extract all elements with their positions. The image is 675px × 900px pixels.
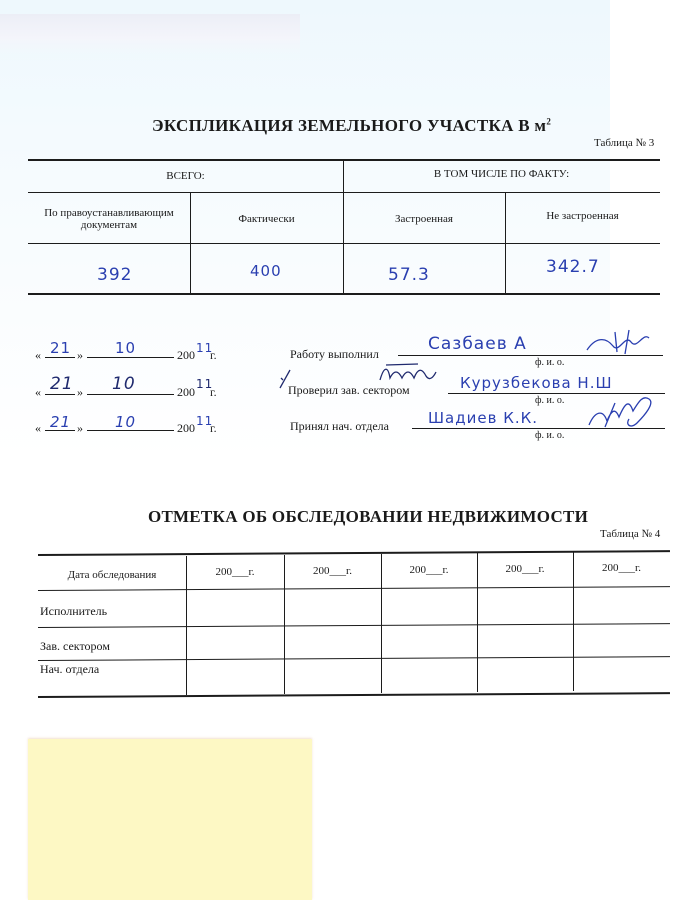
- row-executor: Исполнитель: [40, 604, 107, 619]
- folded-edge: [0, 14, 300, 54]
- date-month: 10: [112, 374, 136, 394]
- table-border: [38, 656, 670, 661]
- table-border: [38, 623, 670, 628]
- table-border: [28, 293, 660, 295]
- role-performed: Работу выполнил: [290, 347, 379, 362]
- sticky-note: [28, 739, 312, 900]
- col-unbuilt: Не застроенная: [505, 210, 660, 222]
- explication-title-text: ЭКСПЛИКАЦИЯ ЗЕМЕЛЬНОГО УЧАСТКА В м: [152, 116, 546, 135]
- table-number-3: Таблица № 3: [594, 137, 654, 149]
- value-unbuilt: 342.7: [546, 257, 600, 277]
- superscript: 2: [546, 116, 551, 126]
- fio-label: ф. и. о.: [535, 357, 564, 368]
- underline: [87, 357, 174, 358]
- acceptor-name: Шадиев К.К.: [428, 409, 538, 427]
- table-border: [38, 692, 670, 698]
- page-margin: [610, 0, 675, 900]
- header-fact: В ТОМ ЧИСЛЕ ПО ФАКТУ:: [343, 168, 660, 180]
- underline: [87, 394, 174, 395]
- table-border: [38, 586, 670, 591]
- inspection-title: ОТМЕТКА ОБ ОБСЛЕДОВАНИИ НЕДВИЖИМОСТИ: [148, 507, 588, 527]
- row-sector-head: Зав. сектором: [40, 639, 110, 654]
- year-column-1: 200___г.: [186, 566, 284, 578]
- value-built: 57.3: [388, 265, 430, 285]
- explication-title: ЭКСПЛИКАЦИЯ ЗЕМЕЛЬНОГО УЧАСТКА В м2: [152, 116, 551, 136]
- year-unit: г.: [210, 385, 217, 400]
- underline: [45, 394, 75, 395]
- value-legal-docs: 392: [97, 265, 132, 285]
- fio-label: ф. и. о.: [535, 395, 564, 406]
- value-actual: 400: [250, 262, 282, 280]
- date-day: 21: [50, 413, 71, 431]
- header-inspection-date: Дата обследования: [38, 569, 186, 581]
- date-open-quote: «: [35, 348, 41, 363]
- table-border: [28, 192, 660, 193]
- signature-icon: [585, 328, 655, 358]
- date-day: 21: [50, 339, 71, 357]
- date-month: 10: [115, 339, 136, 357]
- performer-name: Сазбаев А: [428, 334, 527, 354]
- year-column-5: 200___г.: [573, 562, 670, 574]
- fio-label: ф. и. о.: [535, 430, 564, 441]
- table-border: [28, 243, 660, 244]
- row-department-head: Нач. отдела: [40, 662, 99, 677]
- year-prefix: 200: [177, 385, 195, 400]
- year-prefix: 200: [177, 348, 195, 363]
- col-built: Застроенная: [343, 213, 505, 225]
- table-border: [38, 550, 670, 556]
- date-open-quote: «: [35, 421, 41, 436]
- date-close-quote: »: [77, 385, 83, 400]
- table-border: [28, 159, 660, 161]
- col-actual: Фактически: [190, 213, 343, 225]
- year-column-3: 200___г.: [381, 564, 477, 576]
- signature-icon: [378, 362, 438, 386]
- year-column-2: 200___г.: [284, 565, 381, 577]
- year-prefix: 200: [177, 421, 195, 436]
- role-accepted: Принял нач. отдела: [290, 419, 389, 434]
- col-legal-docs: По правоустанавливающим документам: [28, 207, 190, 231]
- date-day: 21: [50, 374, 74, 394]
- date-open-quote: «: [35, 385, 41, 400]
- date-close-quote: »: [77, 348, 83, 363]
- year-column-4: 200___г.: [477, 563, 573, 575]
- table-border: [505, 192, 506, 295]
- signature-icon: [585, 393, 660, 433]
- checker-name: Курузбекова Н.Ш: [460, 374, 613, 392]
- underline: [45, 430, 75, 431]
- header-total: ВСЕГО:: [28, 170, 343, 182]
- table-number-4: Таблица № 4: [600, 528, 660, 540]
- year-unit: г.: [210, 348, 217, 363]
- date-month: 10: [115, 413, 136, 431]
- date-close-quote: »: [77, 421, 83, 436]
- table-border: [190, 192, 191, 295]
- underline: [45, 357, 75, 358]
- year-unit: г.: [210, 421, 217, 436]
